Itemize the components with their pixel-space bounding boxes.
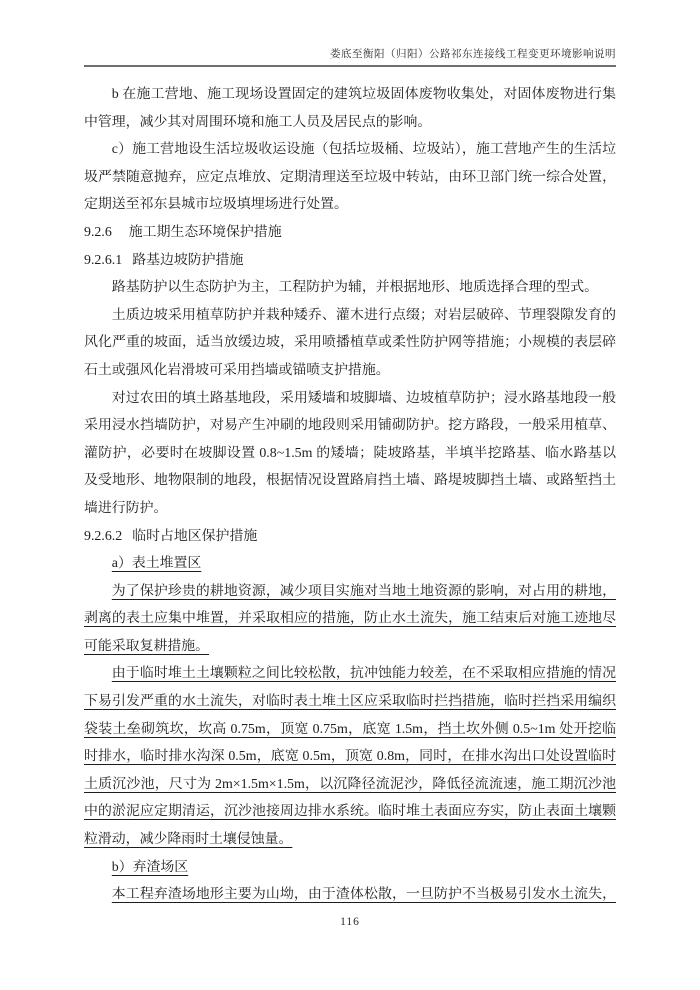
page-footer: 116: [0, 916, 700, 928]
paragraph-solid-waste-c: c）施工营地设生活垃圾收运设施（包括垃圾桶、垃圾站），施工营地产生的生活垃圾严禁…: [84, 136, 616, 219]
document-body: b 在施工营地、施工现场设置固定的建筑垃圾固体废物收集处，对固体废物进行集中管理…: [84, 81, 616, 909]
section-number: 9.2.6.2: [84, 529, 122, 544]
page-header: 娄底至衡阳（归阳）公路祁东连接线工程变更环境影响说明: [84, 46, 616, 67]
paragraph-solid-waste-b: b 在施工营地、施工现场设置固定的建筑垃圾固体废物收集处，对固体废物进行集中管理…: [84, 81, 616, 136]
subsection-label-topsoil-area: a）表土堆置区: [84, 550, 616, 578]
section-number: 9.2.6: [84, 225, 112, 240]
paragraph-roadbed-protection-2: 土质边坡采用植草防护并栽种矮乔、灌木进行点缀；对岩层破碎、节理裂隙发育的风化严重…: [84, 302, 616, 385]
section-number: 9.2.6.1: [84, 253, 122, 268]
paragraph-topsoil-1: 为了保护珍贵的耕地资源，减少项目实施对当地土地资源的影响，对占用的耕地，剥离的表…: [84, 578, 616, 661]
paragraph-roadbed-protection-3: 对过农田的填土路基地段，采用矮墙和坡脚墙、边坡植草防护；浸水路基地段一般采用浸水…: [84, 385, 616, 523]
section-heading-9-2-6-2: 9.2.6.2临时占地区保护措施: [84, 523, 616, 551]
running-head-title: 娄底至衡阳（归阳）公路祁东连接线工程变更环境影响说明: [330, 49, 616, 60]
subsection-label-spoil-area: b）弃渣场区: [84, 854, 616, 882]
section-title: 施工期生态环境保护措施: [129, 225, 282, 240]
paragraph-topsoil-2: 由于临时堆土土壤颗粒之间比较松散，抗冲蚀能力较差，在不采取相应措施的情况下易引发…: [84, 660, 616, 853]
section-title: 路基边坡防护措施: [132, 253, 243, 268]
paragraph-roadbed-protection-1: 路基防护以生态防护为主，工程防护为辅，并根据地形、地质选择合理的型式。: [84, 274, 616, 302]
paragraph-spoil-ground-1: 本工程弃渣场地形主要为山坳，由于渣体松散，一旦防护不当极易引发水土流失，: [84, 881, 616, 909]
page-number: 116: [340, 916, 360, 928]
document-page: 娄底至衡阳（归阳）公路祁东连接线工程变更环境影响说明 b 在施工营地、施工现场设…: [0, 0, 700, 990]
section-title: 临时占地区保护措施: [132, 529, 257, 544]
section-heading-9-2-6: 9.2.6施工期生态环境保护措施: [84, 219, 616, 247]
section-heading-9-2-6-1: 9.2.6.1路基边坡防护措施: [84, 247, 616, 275]
